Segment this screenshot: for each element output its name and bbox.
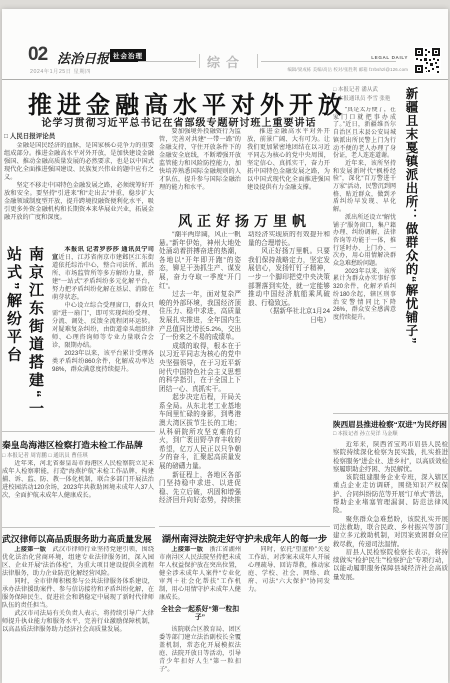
xinjiang-byline-reporter: □ 本报记者 潘从武 <box>333 86 397 95</box>
xinjiang-body: “真是太方便了，在家门口就把事办成了。”近日，新疆维吾尔自治区且末县公安局城镇派… <box>333 107 396 412</box>
nanjing-vertical-headline: 南京江东街道搭建“一站式”解纷平台 <box>2 246 46 422</box>
nanjing-first-text: 近日，江苏省南京市建邺区江东街道依托综治中心，整合司法所、派出所、市场监管所等多… <box>52 254 154 301</box>
editors-line: 编辑/梁成栋 美编/高岳 校对/张胜利 邮箱 fzrbshzl@126.com <box>266 67 408 73</box>
wuhan-headline: 武汉律师以高品质服务助力高质量发展 <box>2 532 155 545</box>
commentary-col-c: 推进金融高水平对外开放，前景广阔、大有可为。让我们更加紧密地团结在以习近平同志为… <box>247 128 330 207</box>
qinhuangdao-byline: □ 本报记者 周宵鹏 □ 通讯员 曹佳琪 <box>2 451 88 459</box>
date-line: 2024年1月25日 星期四 <box>30 67 91 75</box>
legal-daily-label: LEGAL DAILY <box>340 55 408 60</box>
section-tick-left <box>199 54 200 68</box>
huzhou-first-para: 上接第一版 浙江省湖州市南浔区人民法院坚持把未成年人权益保护放在突出位置，健全涉… <box>159 546 241 602</box>
meixian-body: 近年来，陕西省宝鸡市眉县人民检察院持续深化检察为民实践，扎实推进检察服务“进企业… <box>333 441 448 683</box>
middle-divider <box>159 526 330 527</box>
header-divider <box>2 79 448 80</box>
huzhou-body: 上接第一版 浙江省湖州市南浔区人民法院坚持把未成年人权益保护放在突出位置，健全涉… <box>159 546 330 683</box>
nanjing-body: 本报讯 记者罗莎莎 通讯员宁司宣近日，江苏省南京市建邺区江东街道依托综治中心，整… <box>52 246 154 424</box>
commentary-col-b: 要加强境外投融资行为监管，完善对共建“一带一路”的金融支持，守住开放条件下的金融… <box>159 128 241 207</box>
wuhan-first-para: 上接第一版 武汉市律师行业坚持党建引领，围绕优化法治化营商环境，组建专业法律服务… <box>2 546 154 578</box>
qinhuangdao-headline: 秦皇岛海港区检察打造未检工作品牌 <box>2 438 155 451</box>
wuhan-paragraphs: 同时，全市律师积极参与公共法律服务体系建设，承办法律援助案件、参与信访接待和矛盾… <box>2 578 154 634</box>
section-rule-right <box>261 61 396 62</box>
section-title: 综合 <box>207 52 245 71</box>
left-divider-2 <box>2 527 155 528</box>
masthead-logo: 法治日报 <box>57 48 109 67</box>
huzhou-first-text: 浙江省湖州市南浔区人民法院坚持把未成年人权益保护放在突出位置，健全涉未成年人案件… <box>159 546 241 601</box>
section-tick-right <box>257 54 258 68</box>
huzhou-continued-tag: 上接第一版 <box>171 546 203 553</box>
section-rule-left <box>138 61 196 62</box>
lead-subtitle: 论学习贯彻习近平总书记在省部级专题研讨班上重要讲话 <box>28 114 330 129</box>
wuhan-body: 上接第一版 武汉市律师行业坚持党建引领，围绕优化法治化营商环境，组建专业法律服务… <box>2 546 154 683</box>
left-divider-1 <box>2 431 155 432</box>
huzhou-subhead: 全社会一起系好“第一粒扣子” <box>159 606 241 622</box>
xinjiang-vertical-headline: 新疆且末戛镇派出所：做群众的“解忧铺子” <box>402 87 420 361</box>
nanjing-first-para: 本报讯 记者罗莎莎 通讯员宁司宣近日，江苏省南京市建邺区江东街道依托综治中心，整… <box>52 246 154 302</box>
xinjiang-bylines: □ 本报记者 潘从武 □ 本报通讯员 李雪 张艳 <box>333 86 397 104</box>
feature-paragraphs: “潮平两岸阔，风正一帆悬。”新年伊始，神州大地处处涌动着拼搏奋进的热潮，各地以“… <box>159 231 330 522</box>
feature-body: “潮平两岸阔，风正一帆悬。”新年伊始，神州大地处处涌动着拼搏奋进的热潮，各地以“… <box>159 231 330 522</box>
meixian-byline: □ 本报记者 孙立昊洋 马金顺 <box>333 430 398 437</box>
qinhuangdao-body: 近年来，河北省秦皇岛市海港区人民检察院立足未成年人检察职能，打造“海燕护航”未检… <box>2 460 154 525</box>
right-divider <box>333 413 448 414</box>
xinjiang-byline-correspondent: □ 本报通讯员 李雪 张艳 <box>333 95 397 104</box>
nanjing-paragraphs: 中心设立综合受理窗口，群众只需“进一扇门”，即可实现纠纷受理、分流、调处、反馈全… <box>52 302 154 374</box>
feature-headline: 风正好扬万里帆 <box>159 211 330 231</box>
xinhua-credit: （据新华社北京1月24日电） <box>248 308 330 325</box>
page-number: 02 <box>28 44 47 66</box>
huzhou-headline: 湖州南浔法院走好守护未成年人的每一步 <box>159 531 330 545</box>
commentary-col-a: 金融是国民经济的血脉，是国家核心竞争力的重要组成部分。推进金融高水平对外开放，是… <box>4 142 154 238</box>
qr-code <box>414 47 441 74</box>
commentator-tag: □ 人民日报评论员 <box>4 131 55 140</box>
wuhan-continued-tag: 上接第一版 <box>14 546 46 553</box>
meixian-headline: 陕西眉县推进检察“双进”为民纾困 <box>333 419 448 430</box>
